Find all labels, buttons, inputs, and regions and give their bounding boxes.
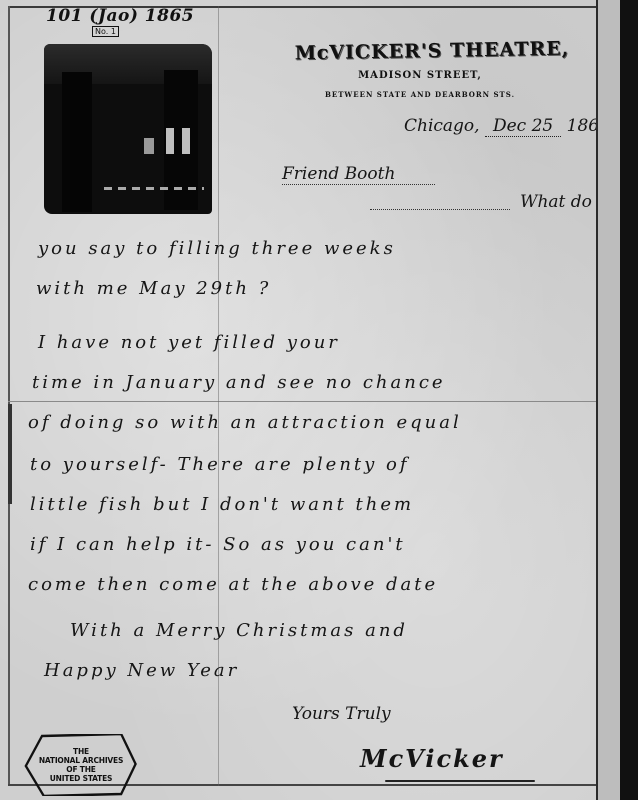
letter-scan: 101 (Jao) 1865 No. 1 McVICKER'S THEATRE,… <box>0 0 620 800</box>
salutation: Friend Booth <box>282 164 435 185</box>
letterhead-title: McVICKER'S THEATRE, <box>262 37 602 65</box>
opening-phrase: What do <box>370 192 592 212</box>
letter-line: if I can help it- So as you can't <box>30 534 406 555</box>
letter-line: With a Merry Christmas and <box>70 620 408 641</box>
signature-flourish <box>385 780 535 782</box>
scan-margin <box>596 0 622 800</box>
signature: McVicker <box>360 744 504 773</box>
stamp-line: THE <box>73 747 89 756</box>
stamp-line: NATIONAL ARCHIVES <box>39 756 123 765</box>
closing: Yours Truly <box>292 704 391 724</box>
catalog-note: 101 (Jao) 1865 <box>46 6 194 26</box>
letter-line: Happy New Year <box>44 660 239 681</box>
stamp-line: OF THE <box>66 765 95 774</box>
catalog-number-box: No. 1 <box>92 26 119 37</box>
letter-line: of doing so with an attraction equal <box>28 412 462 433</box>
letterhead-address: BETWEEN STATE AND DEARBORN STS. <box>300 90 540 99</box>
letter-line: time in January and see no chance <box>32 372 446 393</box>
scan-edge <box>620 0 638 800</box>
stamp-line: UNITED STATES <box>50 774 112 783</box>
letter-line: come then come at the above date <box>28 574 438 595</box>
national-archives-stamp: THE NATIONAL ARCHIVES OF THE UNITED STAT… <box>24 734 138 796</box>
letter-line: little fish but I don't want them <box>30 494 414 515</box>
letter-line: to yourself- There are plenty of <box>30 454 410 475</box>
dateline-city: Chicago, <box>404 116 480 136</box>
letter-line: I have not yet filled your <box>38 332 340 353</box>
letter-line: with me May 29th ? <box>36 278 271 299</box>
letter-line: you say to filling three weeks <box>38 238 396 259</box>
fold-line <box>8 404 12 504</box>
dateline-date: Dec 25 <box>485 116 561 137</box>
fold-line <box>8 401 598 402</box>
theatre-engraving-image <box>44 44 212 214</box>
letterhead-street: MADISON STREET, <box>300 70 540 81</box>
page-border <box>8 6 10 786</box>
dateline: Chicago, Dec 25 1864 <box>404 116 610 136</box>
